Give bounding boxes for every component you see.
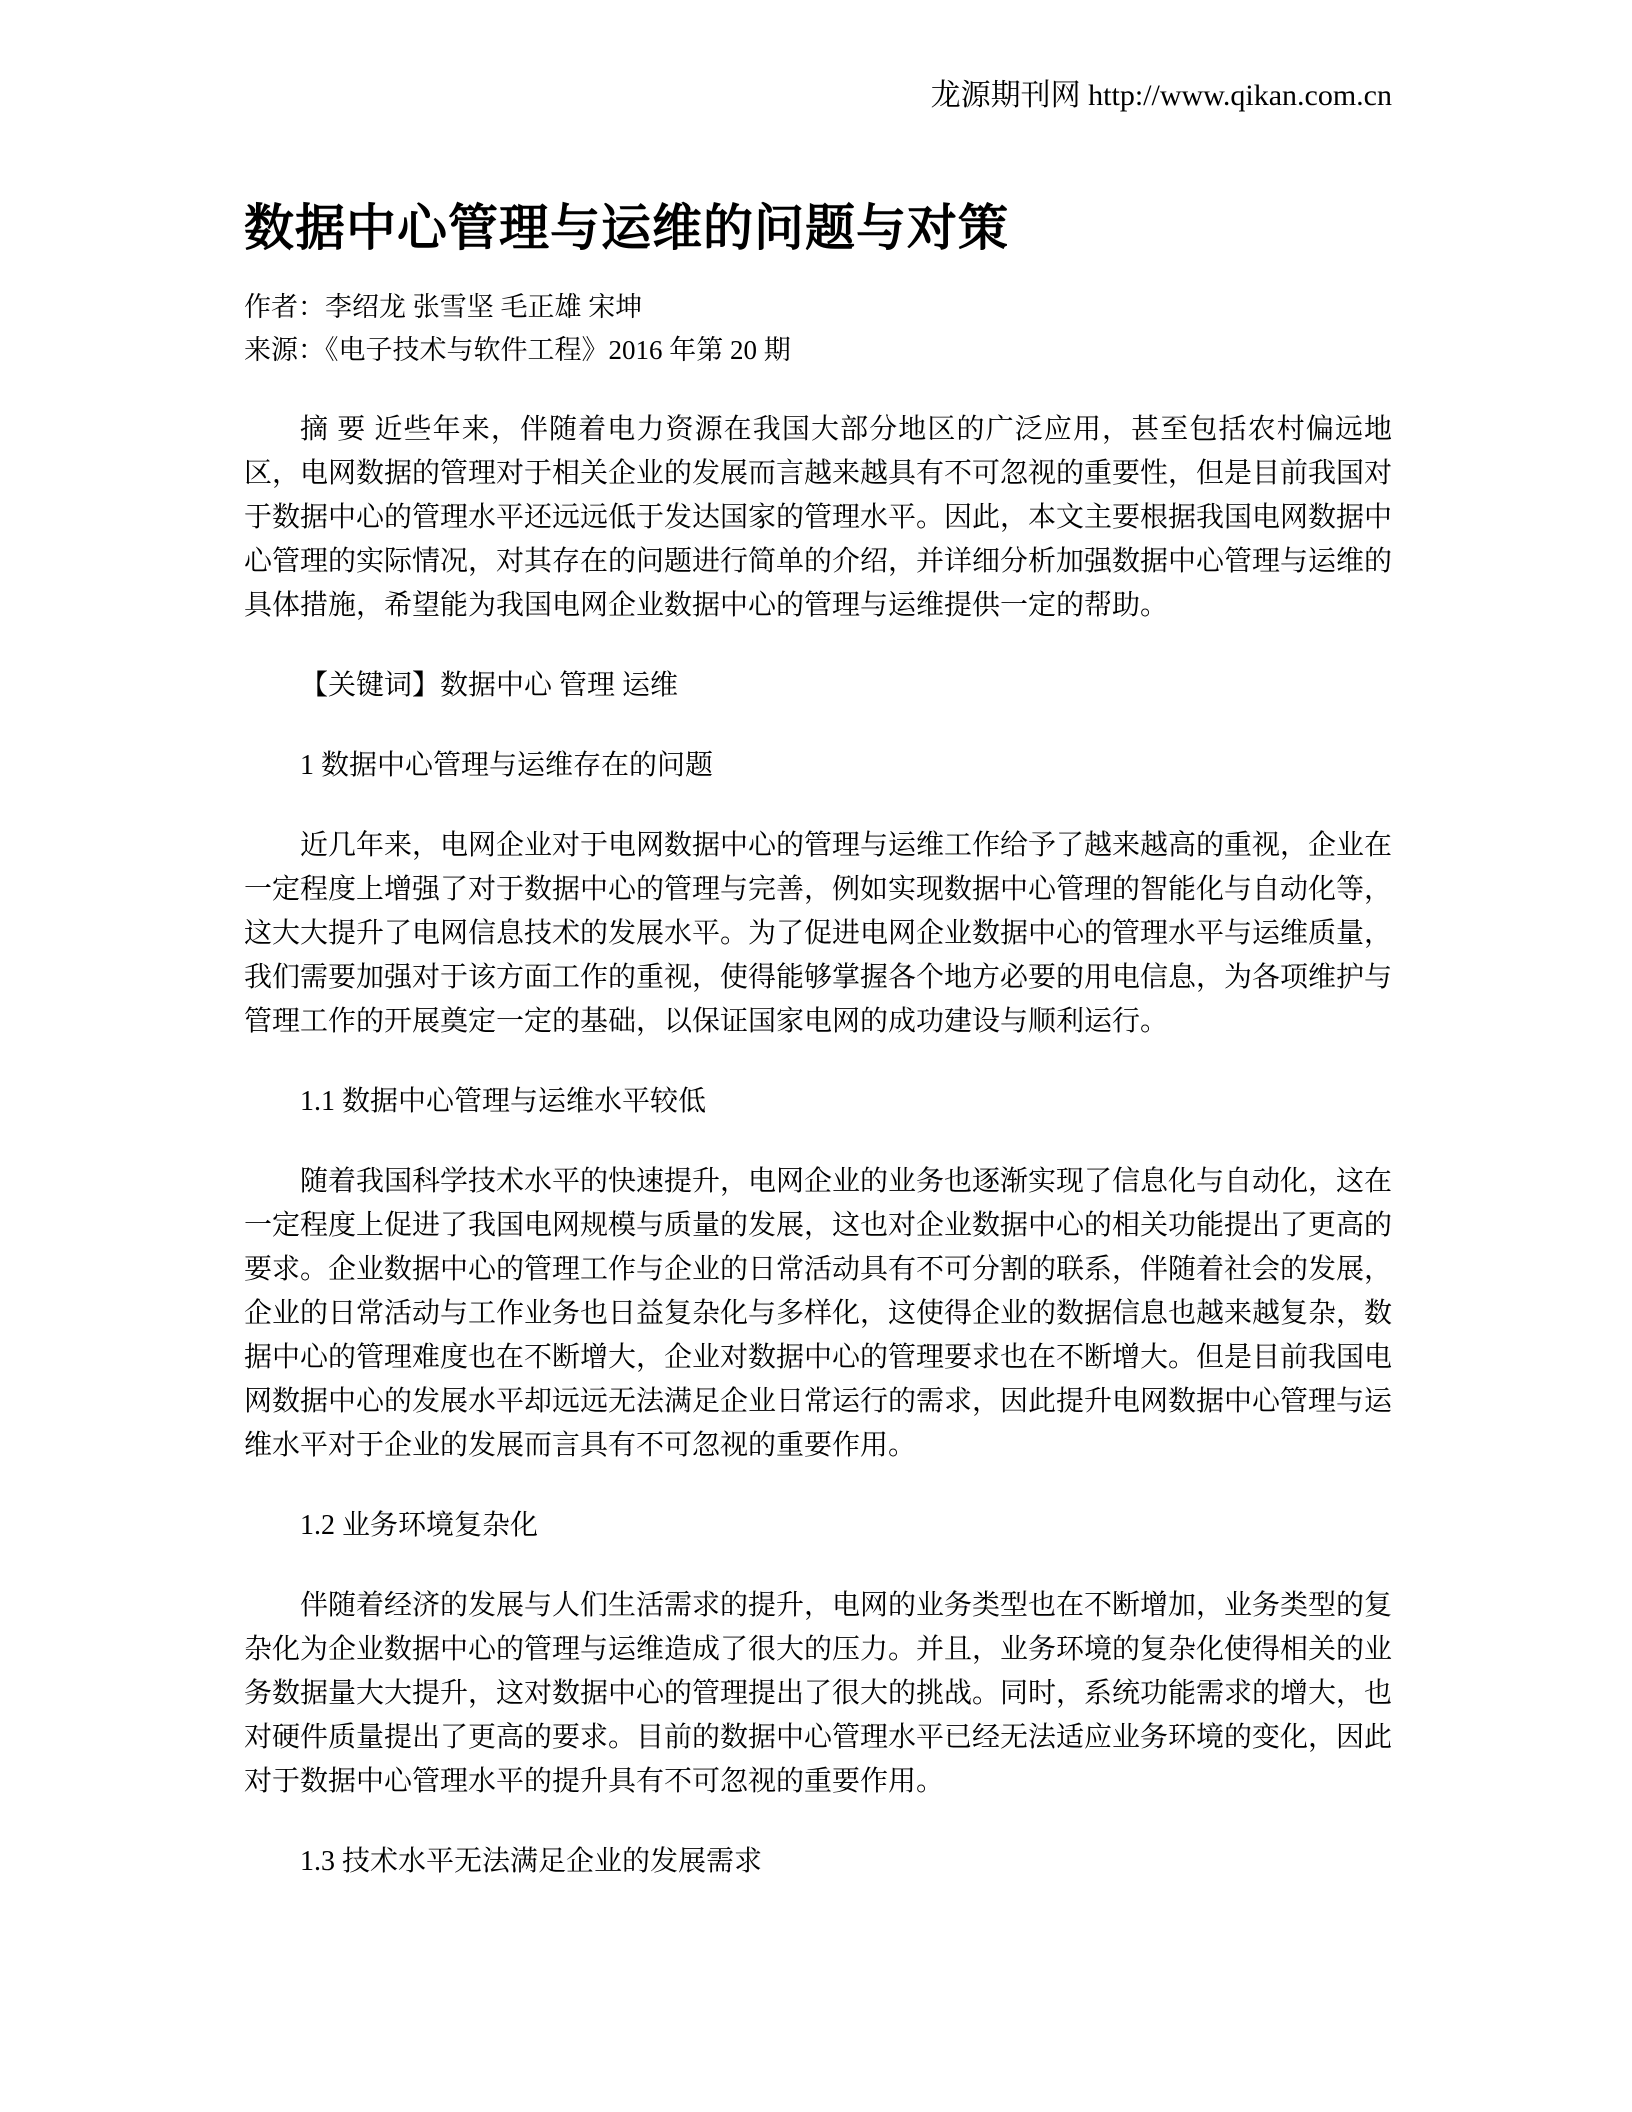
abstract-paragraph: 摘 要 近些年来，伴随着电力资源在我国大部分地区的广泛应用，甚至包括农村偏远地区…: [244, 408, 1392, 628]
section-1-paragraph: 近几年来，电网企业对于电网数据中心的管理与运维工作给予了越来越高的重视，企业在一…: [244, 824, 1392, 1044]
section-1-2-paragraph: 伴随着经济的发展与人们生活需求的提升，电网的业务类型也在不断增加，业务类型的复杂…: [244, 1584, 1392, 1804]
source-line: 来源：《电子技术与软件工程》2016 年第 20 期: [244, 329, 1392, 372]
keywords-line: 【关键词】数据中心 管理 运维: [244, 664, 1392, 708]
section-1-1-paragraph: 随着我国科学技术水平的快速提升，电网企业的业务也逐渐实现了信息化与自动化，这在一…: [244, 1160, 1392, 1468]
section-1-heading: 1 数据中心管理与运维存在的问题: [244, 744, 1392, 788]
article-title: 数据中心管理与运维的问题与对策: [244, 198, 1392, 258]
section-1-3-heading: 1.3 技术水平无法满足企业的发展需求: [244, 1840, 1392, 1884]
article-meta: 作者：李绍龙 张雪坚 毛正雄 宋坤 来源：《电子技术与软件工程》2016 年第 …: [244, 286, 1392, 372]
document-page: 龙源期刊网 http://www.qikan.com.cn 数据中心管理与运维的…: [0, 0, 1632, 2112]
section-1-2-heading: 1.2 业务环境复杂化: [244, 1504, 1392, 1548]
section-1-1-heading: 1.1 数据中心管理与运维水平较低: [244, 1080, 1392, 1124]
author-line: 作者：李绍龙 张雪坚 毛正雄 宋坤: [244, 286, 1392, 329]
journal-site-header: 龙源期刊网 http://www.qikan.com.cn: [244, 78, 1392, 114]
